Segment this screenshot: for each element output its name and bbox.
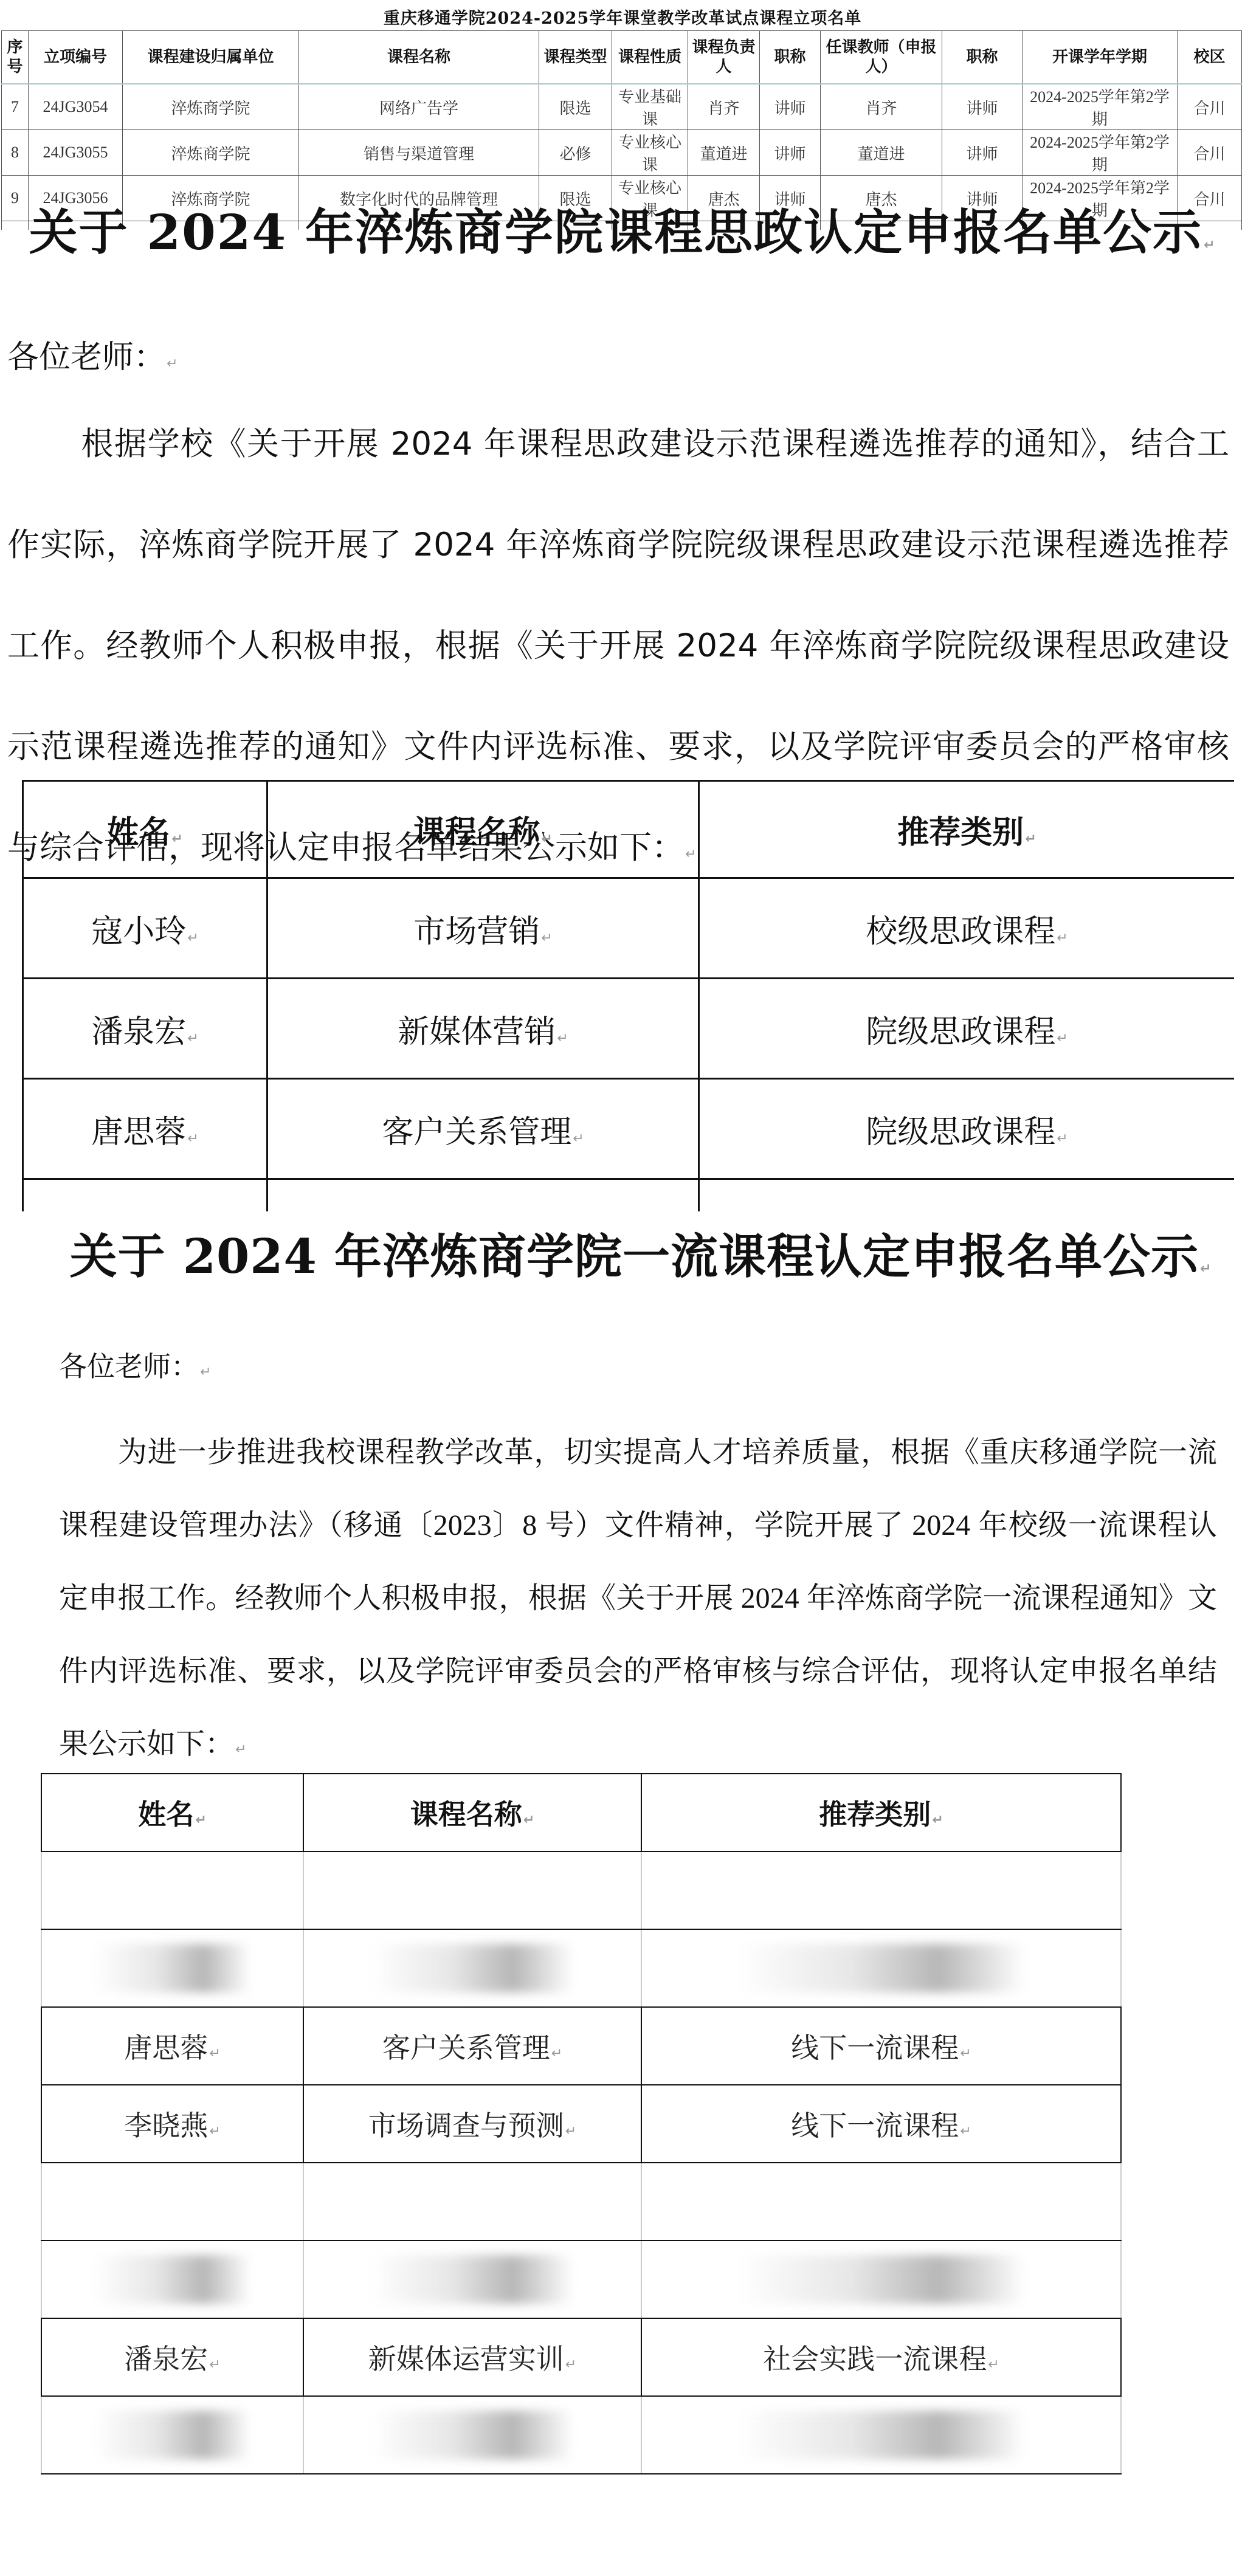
cell-text: 课程建设归属单位 <box>147 48 274 66</box>
cell-text: 姓名 <box>138 1799 194 1830</box>
cell-text: 合川 <box>1193 145 1225 163</box>
table-cell: 2024-2025学年第2学期 <box>1023 130 1178 176</box>
column-header: 姓名↵ <box>41 1774 303 1851</box>
paragraph-mark-icon: ↵ <box>573 1131 584 1146</box>
paragraph-mark-icon: ↵ <box>541 931 552 946</box>
cell-text: 2024-2025学年第2学期 <box>1030 134 1170 174</box>
project-list-title: 重庆移通学院2024-2025学年课堂教学改革试点课程立项名单 <box>0 5 1245 29</box>
cell-text: 课程性质 <box>618 48 681 66</box>
paragraph-mark-icon: ↵ <box>1057 1131 1067 1146</box>
cell-text: 院级思政课程 <box>866 1014 1055 1050</box>
table-cell: 李晓燕↵ <box>41 2085 303 2163</box>
column-header: 序号 <box>2 31 29 84</box>
paragraph-mark-icon: ↵ <box>988 2357 999 2372</box>
column-header: 校区 <box>1178 31 1242 84</box>
column-header: 任课教师（申报人） <box>821 31 942 84</box>
table-cell: 潘泉宏↵ <box>41 2318 303 2396</box>
paragraph-mark-icon: ↵ <box>171 832 182 847</box>
table-row-redacted <box>41 2240 1121 2318</box>
table-cell: 8 <box>2 130 29 176</box>
cell-text: 课程名称 <box>387 48 450 66</box>
table-cell: 讲师 <box>760 84 821 130</box>
table-cell: 市场调查与预测↵ <box>303 2085 641 2163</box>
table-cell: 客户关系管理↵ <box>267 1079 699 1179</box>
paragraph-mark-icon: ↵ <box>551 2046 562 2061</box>
table-cell: 新媒体营销↵ <box>267 979 699 1079</box>
cell-text: 市场调查与预测 <box>368 2110 564 2141</box>
table-cell: 新媒体运营实训↵ <box>303 2318 641 2396</box>
cell-text: 职称 <box>966 48 998 66</box>
redacted-cell <box>41 1929 303 2007</box>
table-cell: 线下一流课程↵ <box>641 2085 1121 2163</box>
cell-text: 任课教师（申报人） <box>826 38 936 75</box>
cell-text: 课程负责人 <box>692 38 755 75</box>
table-cell: 限选 <box>539 84 612 130</box>
paragraph-mark-icon: ↵ <box>1025 832 1036 847</box>
cell-text: 董道进 <box>857 145 905 163</box>
table-cell: 线下一流课程↵ <box>641 2007 1121 2085</box>
cell-text: 寇小玲 <box>91 914 186 950</box>
ideology-result-table-container: 姓名↵课程名称↵推荐类别↵ 寇小玲↵市场营销↵校级思政课程↵潘泉宏↵新媒体营销↵… <box>22 780 1234 1211</box>
redacted-cell <box>303 1851 641 1929</box>
cell-text: 职称 <box>774 48 805 66</box>
ideology-salutation: 各位老师：↵ <box>7 331 178 377</box>
paragraph-mark-icon: ↵ <box>1204 238 1216 253</box>
redacted-cell <box>303 2240 641 2318</box>
redacted-cell <box>641 2240 1121 2318</box>
paragraph-mark-icon: ↵ <box>209 2124 220 2139</box>
table-cell: 市场营销↵ <box>267 878 699 979</box>
cell-text: 肖齐 <box>865 100 897 117</box>
column-header: 开课学年学期 <box>1023 31 1178 84</box>
cell-text: 线下一流课程 <box>791 2110 959 2141</box>
paragraph-mark-icon: ↵ <box>195 1813 206 1828</box>
table-row: 寇小玲↵市场营销↵校级思政课程↵ <box>23 878 1235 979</box>
table-row-redacted <box>41 2163 1121 2240</box>
redaction-blur <box>738 2411 1024 2459</box>
cell-text: 校区 <box>1193 48 1225 66</box>
table-cell: 寇小玲↵ <box>23 878 267 979</box>
redacted-cell <box>641 2396 1121 2474</box>
table-row-redacted <box>41 2396 1121 2474</box>
table-cell: 合川 <box>1178 130 1242 176</box>
table-cell: 潘泉宏↵ <box>23 979 267 1079</box>
column-header: 课程负责人 <box>688 31 760 84</box>
paragraph-mark-icon: ↵ <box>209 2046 220 2061</box>
cell-text: 必修 <box>559 145 591 163</box>
table-cell: 讲师 <box>942 130 1023 176</box>
table-header-row: 序号立项编号课程建设归属单位课程名称课程类型课程性质课程负责人职称任课教师（申报… <box>2 31 1242 84</box>
redacted-cell <box>303 1929 641 2007</box>
table-header-row: 姓名↵课程名称↵推荐类别↵ <box>23 781 1235 878</box>
column-header: 课程名称↵ <box>267 781 699 878</box>
first-class-salutation: 各位老师：↵ <box>59 1345 211 1385</box>
cell-text: 姓名 <box>107 814 170 851</box>
redaction-blur <box>738 2255 1024 2304</box>
cell-text: 立项编号 <box>44 48 107 66</box>
paragraph-mark-icon: ↵ <box>541 832 552 847</box>
paragraph-mark-icon: ↵ <box>523 1813 534 1828</box>
redacted-cell <box>641 2163 1121 2240</box>
table-cell: 必修 <box>539 130 612 176</box>
cell-text: 讲师 <box>774 145 805 163</box>
cell-text: 网络广告学 <box>379 100 458 117</box>
paragraph-mark-icon: ↵ <box>167 356 178 371</box>
cell-text: 潘泉宏 <box>124 2344 208 2375</box>
cell-text: 24JG3054 <box>43 98 108 115</box>
cell-text: 李晓燕 <box>124 2110 208 2141</box>
table-cell: 专业核心课 <box>612 130 688 176</box>
cell-text: 校级思政课程 <box>866 914 1055 950</box>
table-cell: 销售与渠道管理 <box>299 130 539 176</box>
table-row-redacted <box>41 1851 1121 1929</box>
cell-text: 肖齐 <box>708 100 739 117</box>
cell-text: 2024-2025学年第2学期 <box>1030 88 1170 128</box>
table-cell: 肖齐 <box>821 84 942 130</box>
column-header: 课程名称↵ <box>303 1774 641 1851</box>
column-header: 推荐类别↵ <box>699 781 1235 878</box>
cell-text: 新媒体运营实训 <box>368 2344 564 2375</box>
redacted-cell <box>41 1851 303 1929</box>
table-cell <box>23 1179 267 1212</box>
cell-text: 课程名称 <box>413 814 540 851</box>
paragraph-mark-icon: ↵ <box>200 1365 211 1380</box>
cell-text: 讲师 <box>966 145 998 163</box>
redaction-blur <box>738 1944 1024 1992</box>
cell-text: 市场营销 <box>413 914 540 950</box>
ideology-result-table: 姓名↵课程名称↵推荐类别↵ 寇小玲↵市场营销↵校级思政课程↵潘泉宏↵新媒体营销↵… <box>22 780 1234 1211</box>
table-row: 824JG3055淬炼商学院销售与渠道管理必修专业核心课董道进讲师董道进讲师20… <box>2 130 1242 176</box>
column-header: 姓名↵ <box>23 781 267 878</box>
cell-text: 讲师 <box>966 100 998 117</box>
cell-text: 推荐类别 <box>897 814 1024 851</box>
table-cell: 社会实践一流课程↵ <box>641 2318 1121 2396</box>
table-cell: 7 <box>2 84 29 130</box>
table-row: 唐思蓉↵客户关系管理↵院级思政课程↵ <box>23 1079 1235 1179</box>
table-row: 潘泉宏↵新媒体营销↵院级思政课程↵ <box>23 979 1235 1079</box>
first-class-notice-title: 关于 2024 年淬炼商学院一流课程认定申报名单公示↵ <box>0 1219 1245 1287</box>
paragraph-text: 为进一步推进我校课程教学改革，切实提高人才培养质量，根据《重庆移通学院一流课程建… <box>59 1436 1217 1760</box>
cell-text: 限选 <box>559 100 591 117</box>
cell-text: 唐思蓉 <box>91 1114 186 1151</box>
first-class-body-paragraph: 为进一步推进我校课程教学改革，切实提高人才培养质量，根据《重庆移通学院一流课程建… <box>59 1416 1217 1786</box>
table-cell: 客户关系管理↵ <box>303 2007 641 2085</box>
table-cell: 唐思蓉↵ <box>41 2007 303 2085</box>
column-header: 推荐类别↵ <box>641 1774 1121 1851</box>
cell-text: 开课学年学期 <box>1052 48 1147 66</box>
cell-text: 课程类型 <box>543 48 607 66</box>
first-class-result-table: 姓名↵课程名称↵推荐类别↵ 唐思蓉↵客户关系管理↵线下一流课程↵李晓燕↵市场调查… <box>41 1773 1122 2474</box>
redacted-cell <box>303 2396 641 2474</box>
table-cell: 24JG3054 <box>29 84 123 130</box>
table-cell: 校级思政课程↵ <box>699 878 1235 979</box>
cell-text: 新媒体营销 <box>398 1014 556 1050</box>
salutation-text: 各位老师： <box>59 1351 199 1382</box>
column-header: 课程类型 <box>539 31 612 84</box>
column-header: 职称 <box>942 31 1023 84</box>
cell-text: 客户关系管理 <box>382 2033 550 2064</box>
redaction-blur <box>94 1944 250 1992</box>
cell-text: 社会实践一流课程 <box>763 2344 987 2375</box>
redaction-blur <box>371 2411 573 2459</box>
redacted-cell <box>41 2240 303 2318</box>
cell-text: 唐思蓉 <box>124 2033 208 2064</box>
redacted-cell <box>41 2163 303 2240</box>
cell-text: 线下一流课程 <box>791 2033 959 2064</box>
column-header: 课程性质 <box>612 31 688 84</box>
table-cell: 专业基础课 <box>612 84 688 130</box>
cell-text: 专业核心课 <box>618 134 681 174</box>
table-cell <box>699 1179 1235 1212</box>
cell-text: 淬炼商学院 <box>171 100 250 117</box>
table-cell: 唐思蓉↵ <box>23 1079 267 1179</box>
redacted-cell <box>641 1929 1121 2007</box>
redacted-cell <box>303 2163 641 2240</box>
cell-text: 潘泉宏 <box>91 1014 186 1050</box>
table-row: 潘泉宏↵新媒体运营实训↵社会实践一流课程↵ <box>41 2318 1121 2396</box>
redaction-blur <box>94 2411 250 2459</box>
paragraph-mark-icon: ↵ <box>960 2046 971 2061</box>
paragraph-mark-icon: ↵ <box>1057 931 1067 946</box>
paragraph-mark-icon: ↵ <box>1200 1261 1212 1276</box>
table-header-row: 姓名↵课程名称↵推荐类别↵ <box>41 1774 1121 1851</box>
table-cell: 合川 <box>1178 84 1242 130</box>
paragraph-mark-icon: ↵ <box>187 1031 198 1046</box>
cell-text: 专业基础课 <box>618 88 681 128</box>
redaction-blur <box>371 1944 573 1992</box>
table-cell: 淬炼商学院 <box>123 130 299 176</box>
table-cell: 讲师 <box>942 84 1023 130</box>
cell-text: 淬炼商学院 <box>171 145 250 163</box>
cell-text: 序号 <box>7 38 22 75</box>
table-row: 724JG3054淬炼商学院网络广告学限选专业基础课肖齐讲师肖齐讲师2024-2… <box>2 84 1242 130</box>
table-cell: 2024-2025学年第2学期 <box>1023 84 1178 130</box>
column-header: 课程名称 <box>299 31 539 84</box>
table-cell: 淬炼商学院 <box>123 84 299 130</box>
cell-text: 7 <box>11 98 19 115</box>
paragraph-mark-icon: ↵ <box>960 2124 971 2139</box>
paragraph-mark-icon: ↵ <box>235 1742 246 1757</box>
redacted-cell <box>641 1851 1121 1929</box>
cell-text: 院级思政课程 <box>866 1114 1055 1151</box>
salutation-text: 各位老师： <box>7 339 165 376</box>
paragraph-mark-icon: ↵ <box>187 931 198 946</box>
table-cell: 网络广告学 <box>299 84 539 130</box>
table-cell: 董道进 <box>688 130 760 176</box>
table-row: 李晓燕↵市场调查与预测↵线下一流课程↵ <box>41 2085 1121 2163</box>
table-cell: 院级思政课程↵ <box>699 1079 1235 1179</box>
cell-text: 董道进 <box>700 145 747 163</box>
cell-text: 客户关系管理 <box>382 1114 571 1151</box>
column-header: 课程建设归属单位 <box>123 31 299 84</box>
title-text: 关于 2024 年淬炼商学院一流课程认定申报名单公示 <box>70 1229 1199 1284</box>
title-text: 关于 2024 年淬炼商学院课程思政认定申报名单公示 <box>29 204 1202 261</box>
table-cell: 肖齐 <box>688 84 760 130</box>
table-row-redacted <box>41 1929 1121 2007</box>
table-row: 唐思蓉↵客户关系管理↵线下一流课程↵ <box>41 2007 1121 2085</box>
paragraph-mark-icon: ↵ <box>209 2357 220 2372</box>
cell-text: 销售与渠道管理 <box>364 145 474 163</box>
redacted-cell <box>41 2396 303 2474</box>
table-cell: 讲师 <box>760 130 821 176</box>
paragraph-mark-icon: ↵ <box>932 1813 943 1828</box>
cell-text: 推荐类别 <box>819 1799 931 1830</box>
cell-text: 课程名称 <box>410 1799 522 1830</box>
table-cell: 24JG3055 <box>29 130 123 176</box>
table-cell: 董道进 <box>821 130 942 176</box>
paragraph-mark-icon: ↵ <box>187 1131 198 1146</box>
table-cell <box>267 1179 699 1212</box>
paragraph-mark-icon: ↵ <box>565 2357 576 2372</box>
paragraph-mark-icon: ↵ <box>565 2124 576 2139</box>
column-header: 立项编号 <box>29 31 123 84</box>
column-header: 职称 <box>760 31 821 84</box>
paragraph-mark-icon: ↵ <box>1057 1031 1067 1046</box>
cell-text: 8 <box>11 143 19 161</box>
redaction-blur <box>94 2255 250 2304</box>
redaction-blur <box>371 2255 573 2304</box>
paragraph-mark-icon: ↵ <box>557 1031 568 1046</box>
cell-text: 24JG3055 <box>43 143 108 161</box>
table-row <box>23 1179 1235 1212</box>
table-cell: 院级思政课程↵ <box>699 979 1235 1079</box>
ideology-notice-title: 关于 2024 年淬炼商学院课程思政认定申报名单公示↵ <box>0 193 1245 263</box>
cell-text: 讲师 <box>774 100 805 117</box>
cell-text: 合川 <box>1193 100 1225 117</box>
